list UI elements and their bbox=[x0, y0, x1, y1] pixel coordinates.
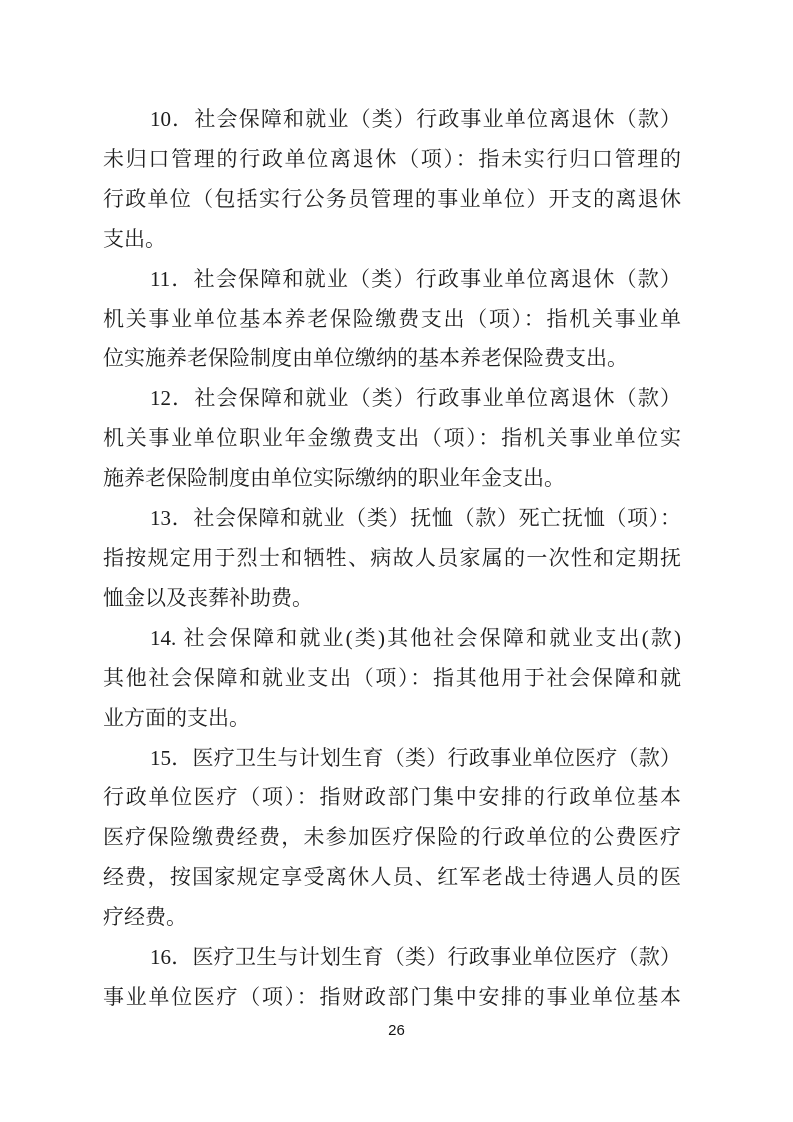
text-line: 16．医疗卫生与计划生育（类）行政事业单位医疗（款） bbox=[103, 938, 681, 978]
text-line: 业方面的支出。 bbox=[103, 699, 681, 739]
paragraph: 14. 社会保障和就业(类)其他社会保障和就业支出(款)其他社会保障和就业支出（… bbox=[103, 619, 681, 739]
paragraph: 15．医疗卫生与计划生育（类）行政事业单位医疗（款）行政单位医疗（项）：指财政部… bbox=[103, 739, 681, 939]
document-page: 10．社会保障和就业（类）行政事业单位离退休（款）未归口管理的行政单位离退休（项… bbox=[0, 0, 793, 1122]
text-line: 经费，按国家规定享受离休人员、红军老战士待遇人员的医 bbox=[103, 858, 681, 898]
text-line: 12．社会保障和就业（类）行政事业单位离退休（款） bbox=[103, 379, 681, 419]
page-number: 26 bbox=[0, 1022, 793, 1039]
text-line: 其他社会保障和就业支出（项）：指其他用于社会保障和就 bbox=[103, 659, 681, 699]
text-line: 机关事业单位基本养老保险缴费支出（项）：指机关事业单 bbox=[103, 300, 681, 340]
text-line: 位实施养老保险制度由单位缴纳的基本养老保险费支出。 bbox=[103, 339, 681, 379]
paragraph: 13．社会保障和就业（类）抚恤（款）死亡抚恤（项）：指按规定用于烈士和牺牲、病故… bbox=[103, 499, 681, 619]
text-line: 医疗保险缴费经费，未参加医疗保险的行政单位的公费医疗 bbox=[103, 818, 681, 858]
text-line: 未归口管理的行政单位离退休（项）：指未实行归口管理的 bbox=[103, 140, 681, 180]
paragraph: 16．医疗卫生与计划生育（类）行政事业单位医疗（款）事业单位医疗（项）：指财政部… bbox=[103, 938, 681, 1018]
body-text: 10．社会保障和就业（类）行政事业单位离退休（款）未归口管理的行政单位离退休（项… bbox=[103, 100, 681, 1018]
text-line: 施养老保险制度由单位实际缴纳的职业年金支出。 bbox=[103, 459, 681, 499]
text-line: 指按规定用于烈士和牺牲、病故人员家属的一次性和定期抚 bbox=[103, 539, 681, 579]
text-line: 行政单位（包括实行公务员管理的事业单位）开支的离退休 bbox=[103, 180, 681, 220]
paragraph: 12．社会保障和就业（类）行政事业单位离退休（款）机关事业单位职业年金缴费支出（… bbox=[103, 379, 681, 499]
text-line: 14. 社会保障和就业(类)其他社会保障和就业支出(款) bbox=[103, 619, 681, 659]
text-line: 恤金以及丧葬补助费。 bbox=[103, 579, 681, 619]
paragraph: 10．社会保障和就业（类）行政事业单位离退休（款）未归口管理的行政单位离退休（项… bbox=[103, 100, 681, 260]
text-line: 事业单位医疗（项）：指财政部门集中安排的事业单位基本 bbox=[103, 978, 681, 1018]
text-line: 疗经费。 bbox=[103, 898, 681, 938]
text-line: 15．医疗卫生与计划生育（类）行政事业单位医疗（款） bbox=[103, 739, 681, 779]
text-line: 13．社会保障和就业（类）抚恤（款）死亡抚恤（项）： bbox=[103, 499, 681, 539]
text-line: 11．社会保障和就业（类）行政事业单位离退休（款） bbox=[103, 260, 681, 300]
text-line: 行政单位医疗（项）：指财政部门集中安排的行政单位基本 bbox=[103, 778, 681, 818]
paragraph: 11．社会保障和就业（类）行政事业单位离退休（款）机关事业单位基本养老保险缴费支… bbox=[103, 260, 681, 380]
text-line: 支出。 bbox=[103, 220, 681, 260]
text-line: 10．社会保障和就业（类）行政事业单位离退休（款） bbox=[103, 100, 681, 140]
text-line: 机关事业单位职业年金缴费支出（项）：指机关事业单位实 bbox=[103, 419, 681, 459]
